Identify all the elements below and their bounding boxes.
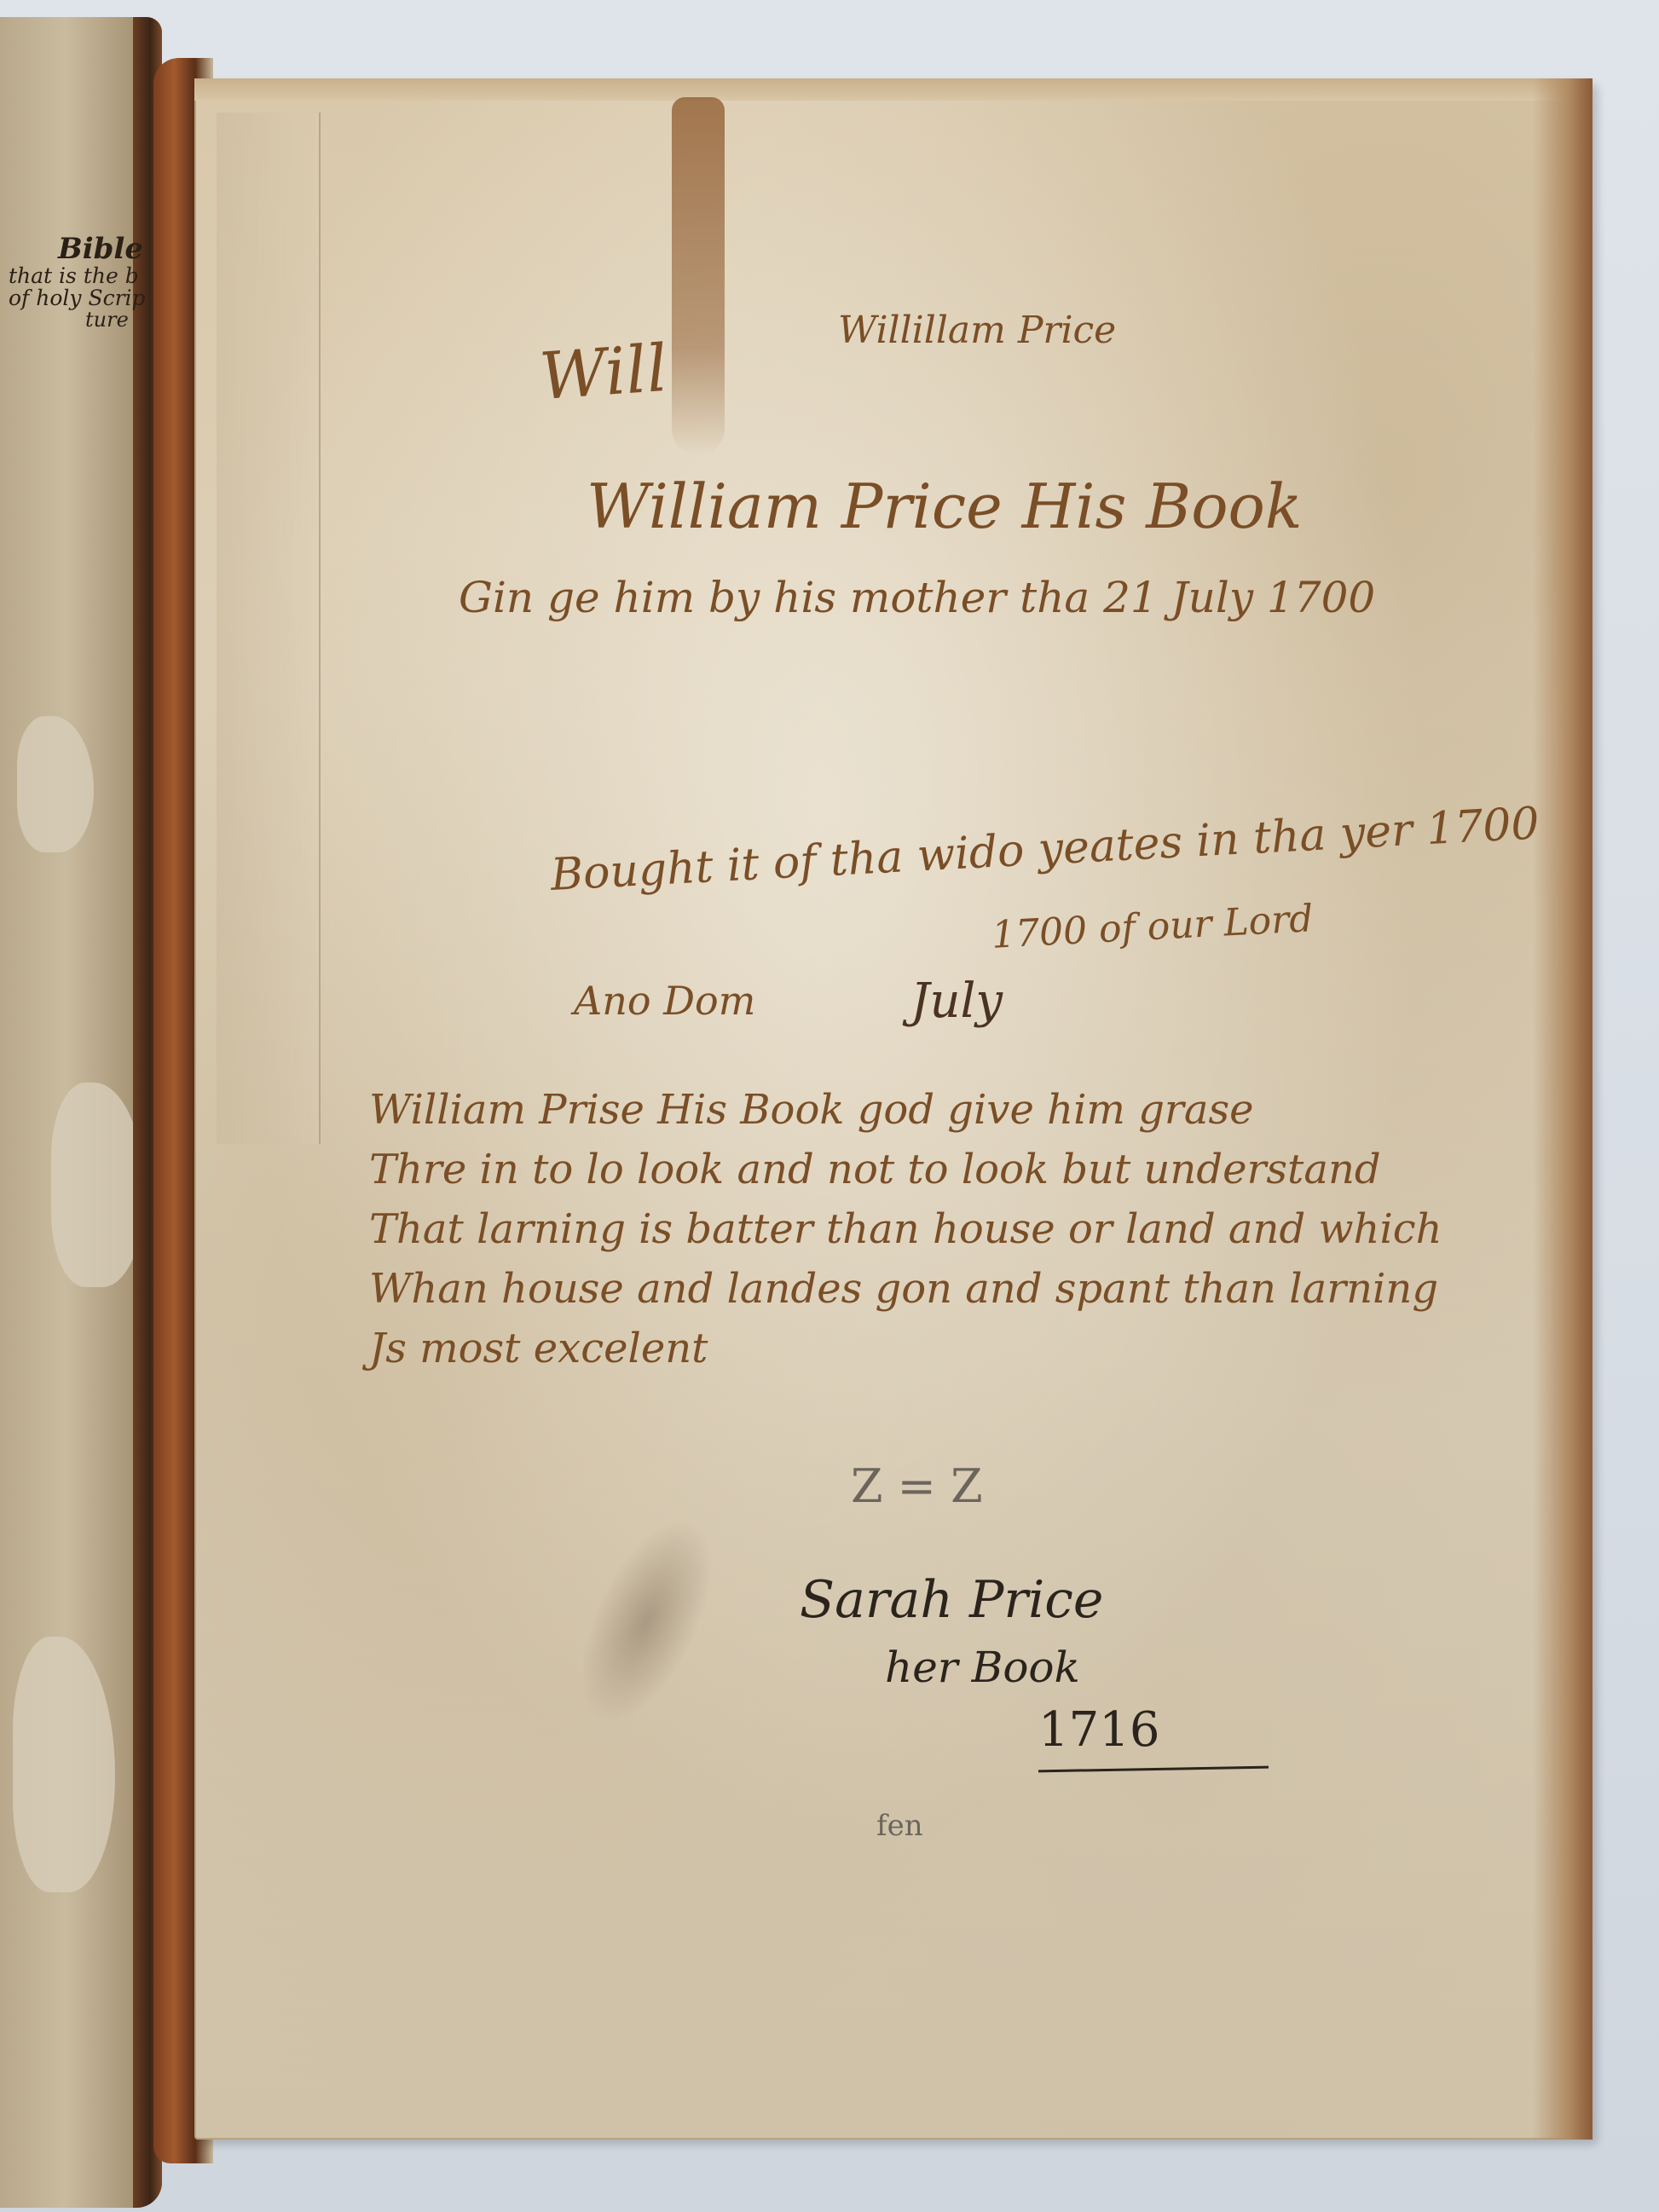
- inscription-line: ture: [9, 309, 153, 331]
- name-trial: Willillam Price: [838, 309, 1116, 352]
- purchase-inscription: Bought it of tha wido yeates in tha yer …: [549, 798, 1540, 901]
- paper-damage: [17, 716, 94, 852]
- purchase-inscription-year: 1700 of our Lord: [991, 897, 1315, 957]
- vertical-stain: [672, 97, 725, 455]
- left-leaf-inscription: Bible that is the b of holy Scrip ture: [9, 234, 153, 331]
- later-owner-year: 1716: [1038, 1702, 1160, 1758]
- verse-line: Whan house and landes gon and spant than…: [369, 1259, 1442, 1319]
- previous-leaf: Bible that is the b of holy Scrip ture: [0, 17, 162, 2208]
- verse-line: Thre in to lo look and not to look but u…: [369, 1140, 1442, 1199]
- gift-inscription: Gin ge him by his mother tha 21 July 170…: [459, 573, 1375, 622]
- anno-domini: Ano Dom: [574, 978, 755, 1024]
- page-fore-edge: [1533, 78, 1593, 2140]
- inscription-line: of holy Scrip: [9, 287, 153, 309]
- july-note: July: [910, 973, 1003, 1029]
- inscription-line: that is the b: [9, 265, 153, 287]
- pen-trial-z: Z = Z: [851, 1459, 983, 1513]
- verse-line: That larning is batter than house or lan…: [369, 1199, 1442, 1259]
- later-owner-name: Sarah Price: [800, 1570, 1103, 1630]
- pen-trial-will: Will: [537, 330, 670, 414]
- flyleaf-page: Will Willillam Price William Price His B…: [194, 78, 1593, 2140]
- verse-block: William Prise His Book god give him gras…: [369, 1080, 1442, 1378]
- later-owner-book: her Book: [885, 1643, 1080, 1692]
- ownership-inscription: William Price His Book: [587, 471, 1303, 542]
- tipped-in-strip: [217, 113, 321, 1144]
- paper-damage: [13, 1637, 115, 1892]
- verse-line: Js most excelent: [369, 1319, 1442, 1378]
- inscription-line: Bible: [9, 234, 153, 265]
- paper-damage: [51, 1083, 145, 1287]
- page-top-edge: [194, 78, 1593, 101]
- verse-line: William Prise His Book god give him gras…: [369, 1080, 1442, 1140]
- underline-rule: [1038, 1766, 1269, 1773]
- ink-blot-stain: [553, 1499, 740, 1743]
- faint-mark: fen: [876, 1809, 923, 1843]
